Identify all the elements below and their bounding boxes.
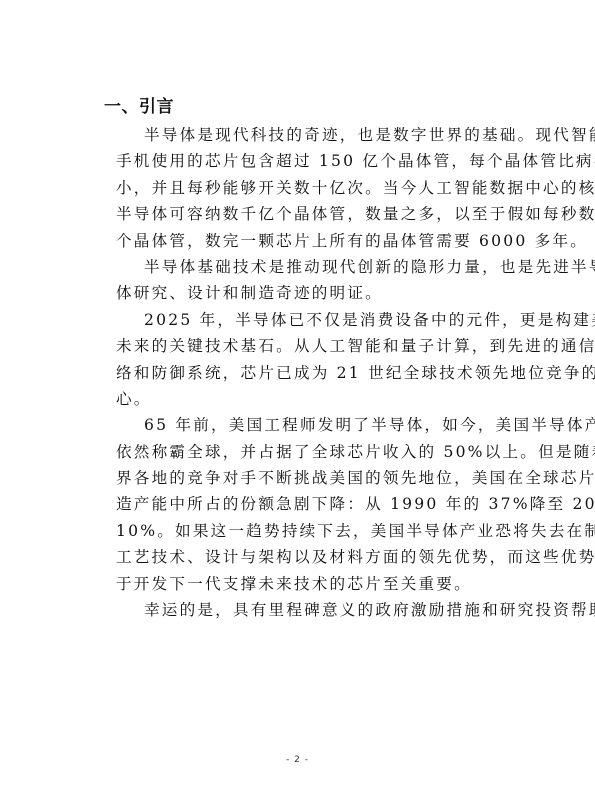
paragraph-fortunately: 幸运的是，具有里程碑意义的政府激励措施和研究投资帮助	[80, 597, 516, 623]
section-heading: 一、引言	[104, 92, 516, 122]
text-line: 于开发下一代支撑未来技术的芯片至关重要。	[80, 571, 516, 597]
page-number: - 2 -	[0, 755, 595, 765]
paragraph-2025: 2025 年，半导体已不仅是消费设备中的元件，更是构建美国 未来的关键技术基石。…	[80, 307, 516, 413]
text-line: 依然称霸全球，并占据了全球芯片收入的 50%以上。但是随着世	[80, 439, 516, 465]
text-line: 造产能中所占的份额急剧下降：从 1990 年的 37%降至 2022 年的	[80, 491, 516, 517]
text-line: 10%。如果这一趋势持续下去，美国半导体产业恐将失去在制造	[80, 518, 516, 544]
text-line: 个晶体管，数完一颗芯片上所有的晶体管需要 6000 多年。	[80, 228, 516, 254]
paragraph-history: 65 年前，美国工程师发明了半导体，如今，美国半导体产业 依然称霸全球，并占据了…	[80, 412, 516, 597]
text-line: 工艺技术、设计与架构以及材料方面的领先优势，而这些优势对	[80, 544, 516, 570]
text-line: 65 年前，美国工程师发明了半导体，如今，美国半导体产业	[80, 412, 516, 438]
paragraph-intro: 半导体是现代科技的奇迹，也是数字世界的基础。现代智能 手机使用的芯片包含超过 1…	[80, 122, 516, 254]
text-line: 半导体是现代科技的奇迹，也是数字世界的基础。现代智能	[80, 122, 516, 148]
paragraph-foundation: 半导体基础技术是推动现代创新的隐形力量，也是先进半导 体研究、设计和制造奇迹的明…	[80, 254, 516, 307]
text-line: 半导体基础技术是推动现代创新的隐形力量，也是先进半导	[80, 254, 516, 280]
text-line: 心。	[80, 386, 516, 412]
text-line: 界各地的竞争对手不断挑战美国的领先地位，美国在全球芯片制	[80, 465, 516, 491]
text-line: 体研究、设计和制造奇迹的明证。	[80, 280, 516, 306]
text-line: 半导体可容纳数千亿个晶体管，数量之多，以至于假如每秒数一	[80, 201, 516, 227]
text-line: 络和防御系统，芯片已成为 21 世纪全球技术领先地位竞争的核	[80, 360, 516, 386]
text-line: 手机使用的芯片包含超过 150 亿个晶体管，每个晶体管比病毒还	[80, 148, 516, 174]
text-line: 幸运的是，具有里程碑意义的政府激励措施和研究投资帮助	[80, 597, 516, 623]
document-page: 一、引言 半导体是现代科技的奇迹，也是数字世界的基础。现代智能 手机使用的芯片包…	[80, 92, 516, 623]
text-line: 小，并且每秒能够开关数十亿次。当今人工智能数据中心的核心	[80, 175, 516, 201]
text-line: 未来的关键技术基石。从人工智能和量子计算，到先进的通信网	[80, 333, 516, 359]
text-line: 2025 年，半导体已不仅是消费设备中的元件，更是构建美国	[80, 307, 516, 333]
